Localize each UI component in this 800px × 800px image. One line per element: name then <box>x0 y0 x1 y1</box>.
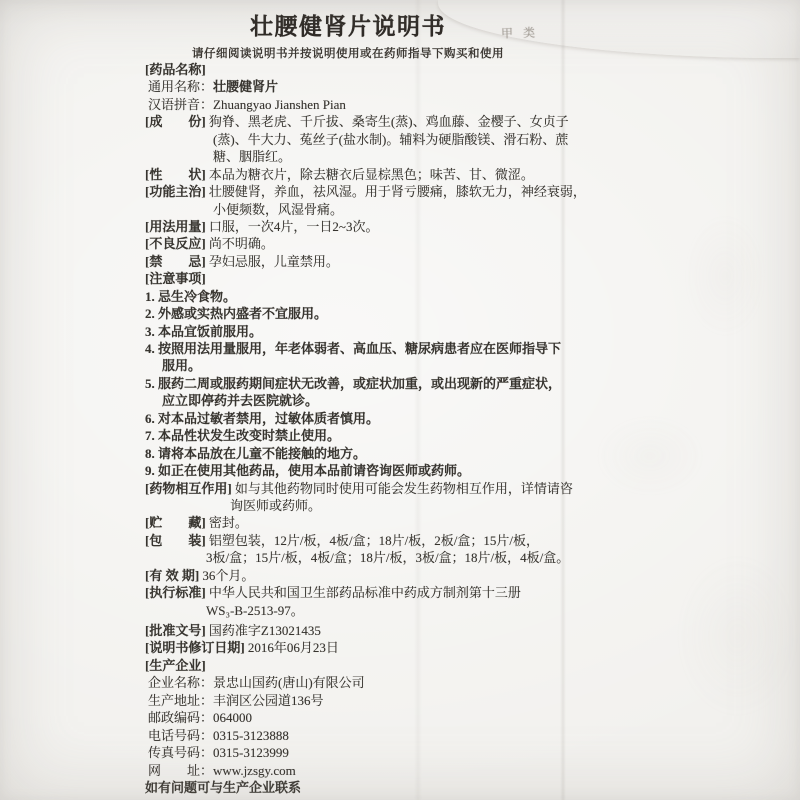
line-label: 如有问题可与生产企业联系 <box>145 780 301 795</box>
doc-line: 网 址：www.jzsgy.com <box>148 760 800 777</box>
line-label: [不良反应] <box>145 236 206 251</box>
doc-line: (蒸)、牛大力、菟丝子(盐水制)。辅料为硬脂酸镁、滑石粉、蔗 <box>213 129 800 146</box>
doc-line: 询医师或药师。 <box>230 495 800 512</box>
doc-line: 4. 按照用法用量服用，年老体弱者、高血压、糖尿病患者应在医师指导下 <box>145 338 800 355</box>
line-text: 国药准字Z13021435 <box>206 623 321 638</box>
line-text: 壮腰健肾，养血，祛风湿。用于肾亏腰痛，膝软无力，神经衰弱， <box>206 184 586 199</box>
line-label: 6. 对本品过敏者禁用，过敏体质者慎用。 <box>145 411 379 426</box>
line-label: 4. 按照用法用量服用，年老体弱者、高血压、糖尿病患者应在医师指导下 <box>145 341 561 356</box>
line-text: 传真号码：0315-3123999 <box>148 745 289 760</box>
line-text: 通用名称： <box>148 79 213 94</box>
line-text: 电话号码：0315-3123888 <box>148 728 289 743</box>
line-text: 尚不明确。 <box>206 236 274 251</box>
doc-line: [包 装] 铝塑包装，12片/板，4板/盒；18片/板，2板/盒；15片/板， <box>145 530 800 547</box>
doc-title: 壮腰健肾片说明书 <box>98 8 598 41</box>
line-text: 邮政编码：064000 <box>148 710 252 725</box>
doc-line: 应立即停药并去医院就诊。 <box>162 390 800 407</box>
line-label: [功能主治] <box>145 184 206 199</box>
doc-line: [贮 藏] 密封。 <box>145 512 800 529</box>
line-text: 36个月。 <box>199 568 254 583</box>
doc-line: 通用名称：壮腰健肾片 <box>148 76 800 93</box>
line-text: 生产地址：丰润区公园道136号 <box>148 693 324 708</box>
line-label: 9. 如正在使用其他药品，使用本品前请咨询医师或药师。 <box>145 463 470 478</box>
doc-line: 服用。 <box>162 355 800 372</box>
line-label: 应立即停药并去医院就诊。 <box>162 393 318 408</box>
scanned-leaflet: 甲类 壮腰健肾片说明书 请仔细阅读说明书并按说明使用或在药师指导下购买和使用 [… <box>0 0 800 800</box>
doc-line: 小便频数，风湿骨痛。 <box>213 199 800 216</box>
line-label: [贮 藏] <box>145 515 206 530</box>
line-label: [注意事项] <box>145 271 206 286</box>
doc-body: [药品名称]通用名称：壮腰健肾片汉语拼音：Zhuangyao Jianshen … <box>0 59 800 794</box>
line-text: 企业名称：景忠山国药(唐山)有限公司 <box>148 675 365 690</box>
doc-line: [性 状] 本品为糖衣片，除去糖衣后显棕黑色；味苦、甘、微涩。 <box>145 164 800 181</box>
line-text: (蒸)、牛大力、菟丝子(盐水制)。辅料为硬脂酸镁、滑石粉、蔗 <box>213 132 568 147</box>
line-label: 5. 服药二周或服药期间症状无改善，或症状加重，或出现新的严重症状， <box>145 376 561 391</box>
doc-line: [用法用量] 口服，一次4片，一日2~3次。 <box>145 216 800 233</box>
line-label: 2. 外感或实热内盛者不宜服用。 <box>145 306 327 321</box>
line-label: [有 效 期] <box>145 568 199 583</box>
line-text: 汉语拼音：Zhuangyao Jianshen Pian <box>148 97 346 112</box>
line-text: 口服，一次4片，一日2~3次。 <box>206 219 379 234</box>
doc-line: 1. 忌生冷食物。 <box>145 286 800 303</box>
doc-line: [批准文号] 国药准字Z13021435 <box>145 620 800 637</box>
line-text: 询医师或药师。 <box>230 498 321 513</box>
line-label: 壮腰健肾片 <box>213 79 278 94</box>
line-text: 孕妇忌服，儿童禁用。 <box>206 254 339 269</box>
line-text: 3板/盒；15片/板，4板/盒；18片/板，3板/盒；18片/板，4板/盒。 <box>206 550 569 565</box>
line-text: 2016年06月23日 <box>245 640 339 655</box>
line-text: 狗脊、黑老虎、千斤拔、桑寄生(蒸)、鸡血藤、金樱子、女贞子 <box>206 114 569 129</box>
line-text: 小便频数，风湿骨痛。 <box>213 202 343 217</box>
doc-line: 3. 本品宜饭前服用。 <box>145 321 800 338</box>
doc-line: 汉语拼音：Zhuangyao Jianshen Pian <box>148 94 800 111</box>
doc-line: [生产企业] <box>145 655 800 672</box>
doc-line: [注意事项] <box>145 268 800 285</box>
line-label: 1. 忌生冷食物。 <box>145 289 236 304</box>
line-label: [性 状] <box>145 167 206 182</box>
doc-line: [禁 忌] 孕妇忌服，儿童禁用。 <box>145 251 800 268</box>
doc-line: 2. 外感或实热内盛者不宜服用。 <box>145 303 800 320</box>
doc-line: 8. 请将本品放在儿童不能接触的地方。 <box>145 443 800 460</box>
doc-line: 5. 服药二周或服药期间症状无改善，或症状加重，或出现新的严重症状， <box>145 373 800 390</box>
doc-line: 糖、胭脂红。 <box>213 146 800 163</box>
line-label: [批准文号] <box>145 623 206 638</box>
doc-line: [功能主治] 壮腰健肾，养血，祛风湿。用于肾亏腰痛，膝软无力，神经衰弱， <box>145 181 800 198</box>
line-label: 服用。 <box>162 358 201 373</box>
doc-line: 7. 本品性状发生改变时禁止使用。 <box>145 425 800 442</box>
line-label: 3. 本品宜饭前服用。 <box>145 324 262 339</box>
doc-line: [执行标准] 中华人民共和国卫生部药品标准中药成方制剂第十三册 <box>145 582 800 599</box>
line-label: [用法用量] <box>145 219 206 234</box>
line-text: 网 址：www.jzsgy.com <box>148 763 296 778</box>
line-text: 密封。 <box>206 515 248 530</box>
line-text: 如与其他药物同时使用可能会发生药物相互作用，详情请咨 <box>232 481 573 496</box>
doc-line: 3板/盒；15片/板，4板/盒；18片/板，3板/盒；18片/板，4板/盒。 <box>206 547 800 564</box>
line-text: WS₃-B-2513-97。 <box>206 603 304 618</box>
line-label: 8. 请将本品放在儿童不能接触的地方。 <box>145 446 366 461</box>
doc-line: 邮政编码：064000 <box>148 707 800 724</box>
line-label: [成 份] <box>145 114 206 129</box>
line-label: [药品名称] <box>145 62 206 77</box>
doc-line: [有 效 期] 36个月。 <box>145 565 800 582</box>
line-label: 7. 本品性状发生改变时禁止使用。 <box>145 428 340 443</box>
doc-line: 6. 对本品过敏者禁用，过敏体质者慎用。 <box>145 408 800 425</box>
doc-line: 9. 如正在使用其他药品，使用本品前请咨询医师或药师。 <box>145 460 800 477</box>
doc-line: [不良反应] 尚不明确。 <box>145 233 800 250</box>
line-text: 糖、胭脂红。 <box>213 149 291 164</box>
doc-line: 如有问题可与生产企业联系 <box>145 777 800 794</box>
doc-line: 传真号码：0315-3123999 <box>148 742 800 759</box>
line-label: [药物相互作用] <box>145 481 232 496</box>
doc-line: [说明书修订日期] 2016年06月23日 <box>145 637 800 654</box>
doc-line: 企业名称：景忠山国药(唐山)有限公司 <box>148 672 800 689</box>
line-label: [生产企业] <box>145 658 206 673</box>
line-label: [执行标准] <box>145 585 206 600</box>
line-text: 铝塑包装，12片/板，4板/盒；18片/板，2板/盒；15片/板， <box>206 533 539 548</box>
line-text: 本品为糖衣片，除去糖衣后显棕黑色；味苦、甘、微涩。 <box>206 167 534 182</box>
doc-line: [成 份] 狗脊、黑老虎、千斤拔、桑寄生(蒸)、鸡血藤、金樱子、女贞子 <box>145 111 800 128</box>
doc-header: 壮腰健肾片说明书 请仔细阅读说明书并按说明使用或在药师指导下购买和使用 <box>98 8 598 61</box>
doc-line: [药品名称] <box>145 59 800 76</box>
line-label: [禁 忌] <box>145 254 206 269</box>
doc-line: [药物相互作用] 如与其他药物同时使用可能会发生药物相互作用，详情请咨 <box>145 478 800 495</box>
doc-line: WS₃-B-2513-97。 <box>206 600 800 617</box>
line-text: 中华人民共和国卫生部药品标准中药成方制剂第十三册 <box>206 585 521 600</box>
line-label: [说明书修订日期] <box>145 640 245 655</box>
line-label: [包 装] <box>145 533 206 548</box>
doc-line: 生产地址：丰润区公园道136号 <box>148 690 800 707</box>
doc-line: 电话号码：0315-3123888 <box>148 725 800 742</box>
